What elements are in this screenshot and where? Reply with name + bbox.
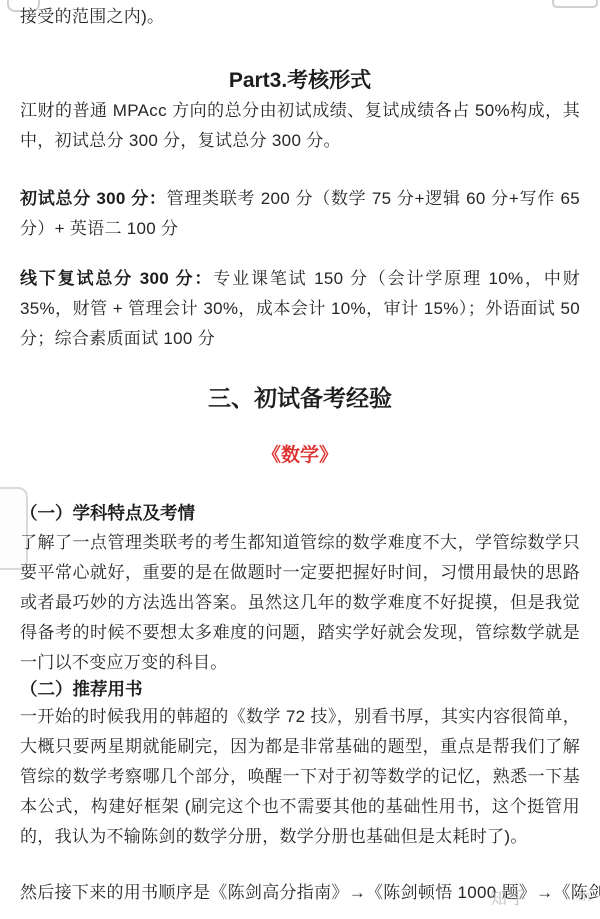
part3-heading: Part3.考核形式 [0, 64, 600, 94]
subsection2-heading: （二）推荐用书 [20, 676, 143, 701]
retest-lead: 线下复试总分 300 分： [20, 269, 213, 288]
intro-tail-text: 接受的范围之内)。 [20, 2, 580, 32]
initial-exam-paragraph: 初试总分 300 分：管理类联考 200 分（数学 75 分+逻辑 60 分+写… [20, 184, 580, 244]
initial-exam-lead: 初试总分 300 分： [20, 189, 167, 208]
scoring-overview-paragraph: 江财的普通 MPAcc 方向的总分由初试成绩、复试成绩各占 50%构成，其中，初… [20, 96, 580, 156]
zhihu-watermark: 知乎 [490, 884, 528, 909]
section3-heading: 三、初试备考经验 [0, 380, 600, 413]
subsection1-heading: （一）学科特点及考情 [20, 500, 195, 525]
document-page: 接受的范围之内)。 Part3.考核形式 江财的普通 MPAcc 方向的总分由初… [0, 0, 600, 919]
subsection2-paragraph: 一开始的时候我用的韩超的《数学 72 技》，别看书厚，其实内容很简单，大概只要两… [20, 702, 580, 852]
subject-math-heading: 《数学》 [0, 440, 600, 467]
retest-paragraph: 线下复试总分 300 分：专业课笔试 150 分（会计学原理 10%，中财 35… [20, 264, 580, 354]
zhihu-watermark-suffix: m [578, 888, 591, 905]
subsection1-paragraph: 了解了一点管理类联考的考生都知道管综的数学难度不大，学管综数学只要平常心就好，重… [20, 528, 580, 678]
